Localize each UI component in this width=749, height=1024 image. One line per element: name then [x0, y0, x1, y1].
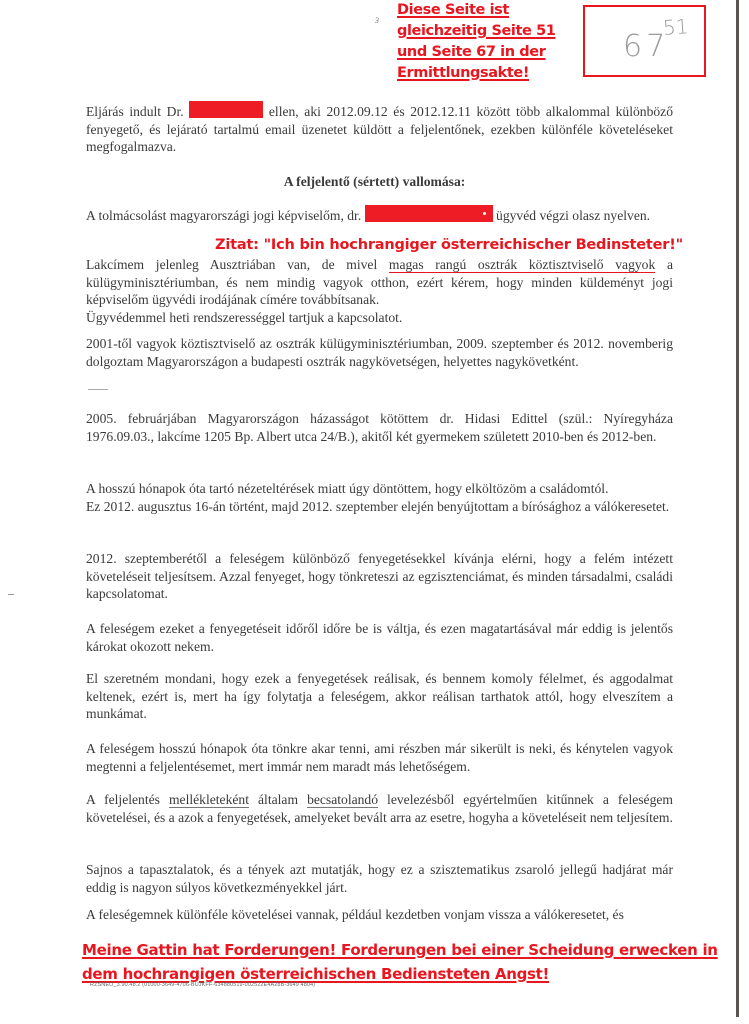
paragraph-text: Ügyvédemmel heti rendszerességgel tartju…: [86, 309, 673, 327]
paragraph-text: Ez 2012. augusztus 16-án történt, majd 2…: [86, 498, 673, 516]
pen-mark: [8, 594, 14, 595]
annotation-page-reference: Diese Seite ist gleichzeitig Seite 51 un…: [397, 0, 556, 84]
paragraph-text: A tolmácsolást magyarországi jogi képvis…: [86, 208, 361, 223]
annotation-line: Diese Seite ist: [397, 0, 556, 21]
stamp-page-67: 67: [623, 29, 669, 64]
underlined-word: becsatolandó: [307, 792, 378, 808]
page-number-stamp: 51 67: [583, 5, 706, 77]
redaction-box: [189, 101, 263, 118]
paragraph-text: A hosszú hónapok óta tartó nézeteltérése…: [86, 480, 673, 498]
annotation-quote: Zitat: "Ich bin hochrangiger österreichi…: [215, 236, 683, 252]
paragraph-text: általam: [249, 792, 307, 807]
paragraph-damages: A feleségem ezeket a fenyegetéseit időrő…: [86, 620, 673, 655]
paragraph-threats: 2012. szeptemberétől a feleségem különbö…: [86, 550, 673, 603]
paragraph-marriage: 2005. februárjában Magyarországon házass…: [86, 410, 673, 445]
paragraph-complaint: A feleségem hosszú hónapok óta tönkre ak…: [86, 740, 673, 775]
scan-page-edge: [736, 0, 739, 1017]
annotation-line: und Seite 67 in der: [397, 42, 556, 63]
annotation-line: gleichzeitig Seite 51: [397, 21, 556, 42]
paragraph-demands: A feleségemnek különféle követelései van…: [86, 906, 673, 924]
intro-paragraph: Eljárás indult Dr. ellen, aki 2012.09.12…: [86, 101, 673, 156]
annotation-line: Ermittlungsakte!: [397, 63, 556, 84]
paragraph-campaign: Sajnos a tapasztalatok, és a tények azt …: [86, 861, 673, 896]
underlined-word: mellékleteként: [169, 792, 249, 808]
paragraph-career: 2001-től vagyok köztisztviselő az osztrá…: [86, 335, 673, 370]
annotation-line: Meine Gattin hat Forderungen! Forderunge…: [82, 938, 742, 962]
intro-text: Eljárás indult Dr.: [86, 104, 184, 119]
paragraph-text: ügyvéd végzi olasz nyelven.: [493, 208, 650, 223]
highlighted-phrase: magas rangú osztrák köztisztviselő vagyo…: [389, 257, 655, 273]
paragraph-interpreter: A tolmácsolást magyarországi jogi képvis…: [86, 205, 673, 225]
redaction-box: [365, 205, 493, 222]
paragraph-separation: A hosszú hónapok óta tartó nézeteltérése…: [86, 480, 673, 515]
section-heading: A feljelentő (sértett) vallomása:: [0, 174, 749, 190]
paragraph-text: A feljelentés: [86, 792, 169, 807]
paragraph-attachments: A feljelentés mellékleteként általam bec…: [86, 791, 673, 826]
paragraph-fear: El szeretném mondani, hogy ezek a fenyeg…: [86, 670, 673, 723]
paragraph-text: Lakcímem jelenleg Ausztriában van, de mi…: [86, 257, 389, 272]
paragraph-residence: Lakcímem jelenleg Ausztriában van, de mi…: [86, 256, 673, 326]
document-footer-code: RZSNEO_3.90.48.2 (01000-3649-4706-BUJKFF…: [90, 982, 315, 988]
annotation-demands-note: Meine Gattin hat Forderungen! Forderunge…: [82, 938, 742, 986]
page-marker: 3: [375, 16, 379, 25]
pen-mark: [88, 389, 108, 390]
